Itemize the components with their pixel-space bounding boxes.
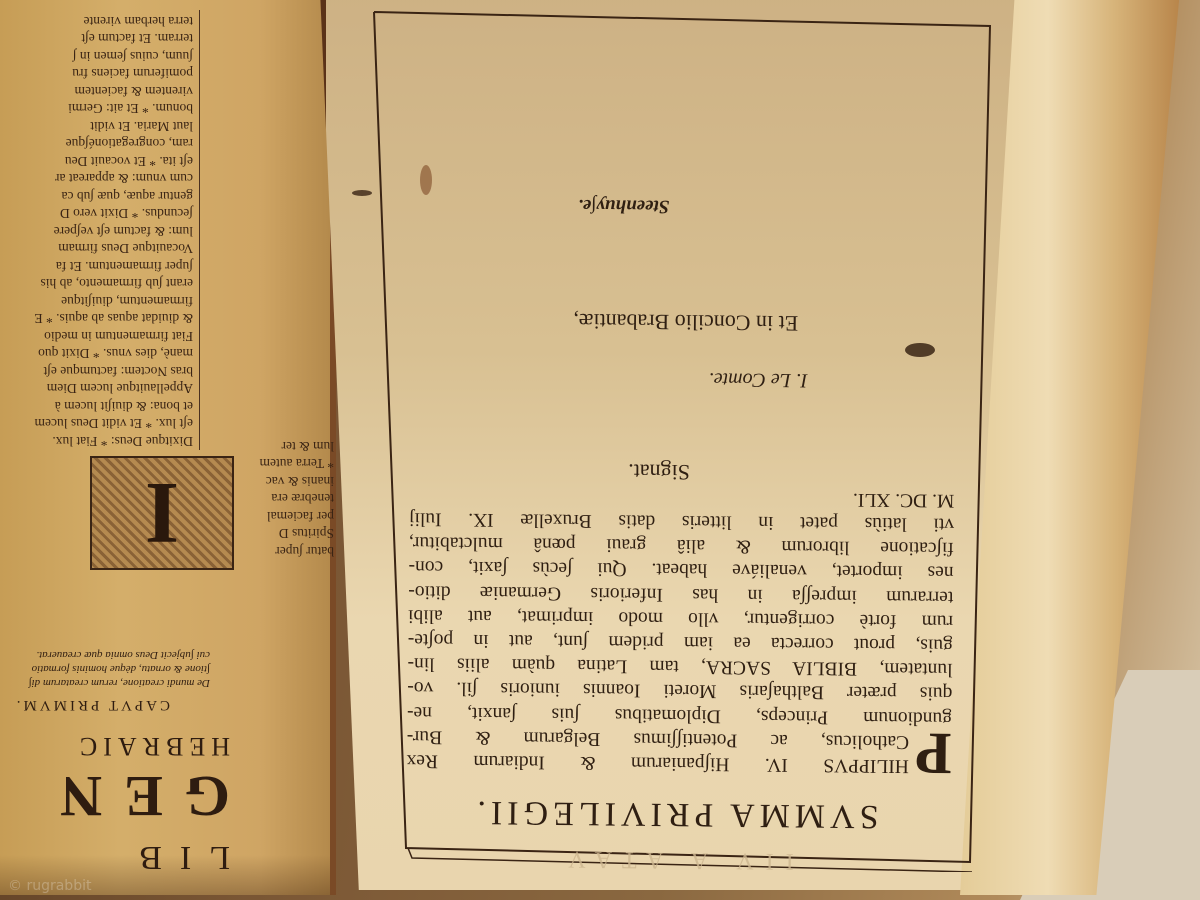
page-title: SVMMA PRIVILEGII. [388, 792, 963, 836]
text-line: Vocauitque Deus firmam [0, 240, 193, 258]
text-beside-initial: batur ∫uper Spiritus D per faciemal tene… [224, 430, 340, 560]
text-line: Spiritus D [224, 525, 334, 543]
text-line: ∫uper firmamentum. Et fa [0, 258, 193, 276]
ink-stain [905, 343, 935, 357]
text-line: et bona: & diui∫it lucem à [0, 398, 193, 416]
genesis-text-column: Dixitque Deus: * Fiat lux. e∫t lux. * Et… [0, 10, 200, 450]
heading-genesis: GEN [0, 763, 230, 830]
text-line: pomiferum faciens fru [0, 65, 193, 83]
text-line: ∫uum, cuius ∫emen in ∫ [0, 48, 193, 66]
heading-hebraic: HEBRAIC [0, 731, 230, 761]
text-line: Appellauitque lucem Diem [0, 380, 193, 398]
woodcut-initial-i: I [90, 456, 234, 570]
text-line: ∫ecundus. * Dixit vero D [0, 205, 193, 223]
council-line: Et in Concilio Brabantiæ, [573, 308, 798, 336]
text-line: inanis & vac [224, 473, 334, 491]
drop-cap-p: P [915, 729, 952, 777]
summary-line: De mundi creatione, rerum creatarum di∫ [0, 676, 210, 690]
text-line: lum: & factum e∫t ve∫pere [0, 223, 193, 241]
text-line: terra herbam virente [0, 13, 193, 31]
text-line: laut Maria. Et vidit [0, 118, 193, 136]
text-line: e∫t ita. * Et vocauit Deu [0, 153, 193, 171]
text-line: terram. Et factum e∫t [0, 30, 193, 48]
text-line: per faciemal [224, 508, 334, 526]
text-line: bonum. * Et ait: Germi [0, 100, 193, 118]
text-line: virentem & facientem [0, 83, 193, 101]
summary-line: cui ∫ubjecit Deus omnia quæ creauerat. [0, 648, 210, 662]
text-line: tenebræ era [224, 490, 334, 508]
text-line: firmamentum, diui∫itque [0, 293, 193, 311]
chapter-summary: De mundi creatione, rerum creatarum di∫ … [0, 648, 230, 690]
text-line: manè, dies vnus. * Dixit quo [0, 345, 193, 363]
chapter-heading: CAPVT PRIMVM. [0, 696, 230, 713]
text-line: erant ∫ub firmamento, ab his [0, 275, 193, 293]
running-head-showthrough: IIV A ATAV [407, 843, 942, 876]
text-line: batur ∫uper [224, 543, 334, 561]
text-line: * Terra autem [224, 455, 334, 473]
left-page-heading: LIB GEN HEBRAIC CAPVT PRIMVM. De mundi c… [0, 648, 230, 876]
text-line: lum & ter [224, 438, 334, 456]
text-line: bras Noctem: factumque e∫t [0, 363, 193, 381]
text-line: Fiat firmamentum in medio [0, 328, 193, 346]
left-page-content: LIB GEN HEBRAIC CAPVT PRIMVM. De mundi c… [0, 0, 330, 890]
summary-line: ∫tione & ornatu, dèque hominis formatio [0, 662, 210, 676]
signer-steenhuyse: Steenhuy∫e. [578, 194, 669, 217]
text-line: cum vnum: & appareat ar [0, 170, 193, 188]
privilege-text-block: IIV A ATAV SVMMA PRIVILEGII. P HILIPPVS … [388, 12, 972, 848]
privilege-body: P HILIPPVS IV. Hi∫paniarum & Indiarum Re… [406, 482, 954, 778]
text-line: e∫t lux. * Et vidit Deus lucem [0, 415, 193, 433]
text-line: ram, congregationé∫que [0, 135, 193, 153]
left-page: LIB GEN HEBRAIC CAPVT PRIMVM. De mundi c… [0, 0, 336, 895]
text-line: gentur aquæ, quæ ∫ub ca [0, 188, 193, 206]
binding-tear [352, 190, 372, 196]
text-line: & diuidat aquas ab aquis. * E [0, 310, 193, 328]
photo-watermark: © rugrabbit [8, 878, 91, 894]
text-line: Dixitque Deus: * Fiat lux. [0, 433, 193, 451]
initial-letter: I [145, 463, 179, 564]
signer-le-comte: I. Le Comte. [709, 367, 808, 391]
paper-stain [420, 165, 432, 195]
